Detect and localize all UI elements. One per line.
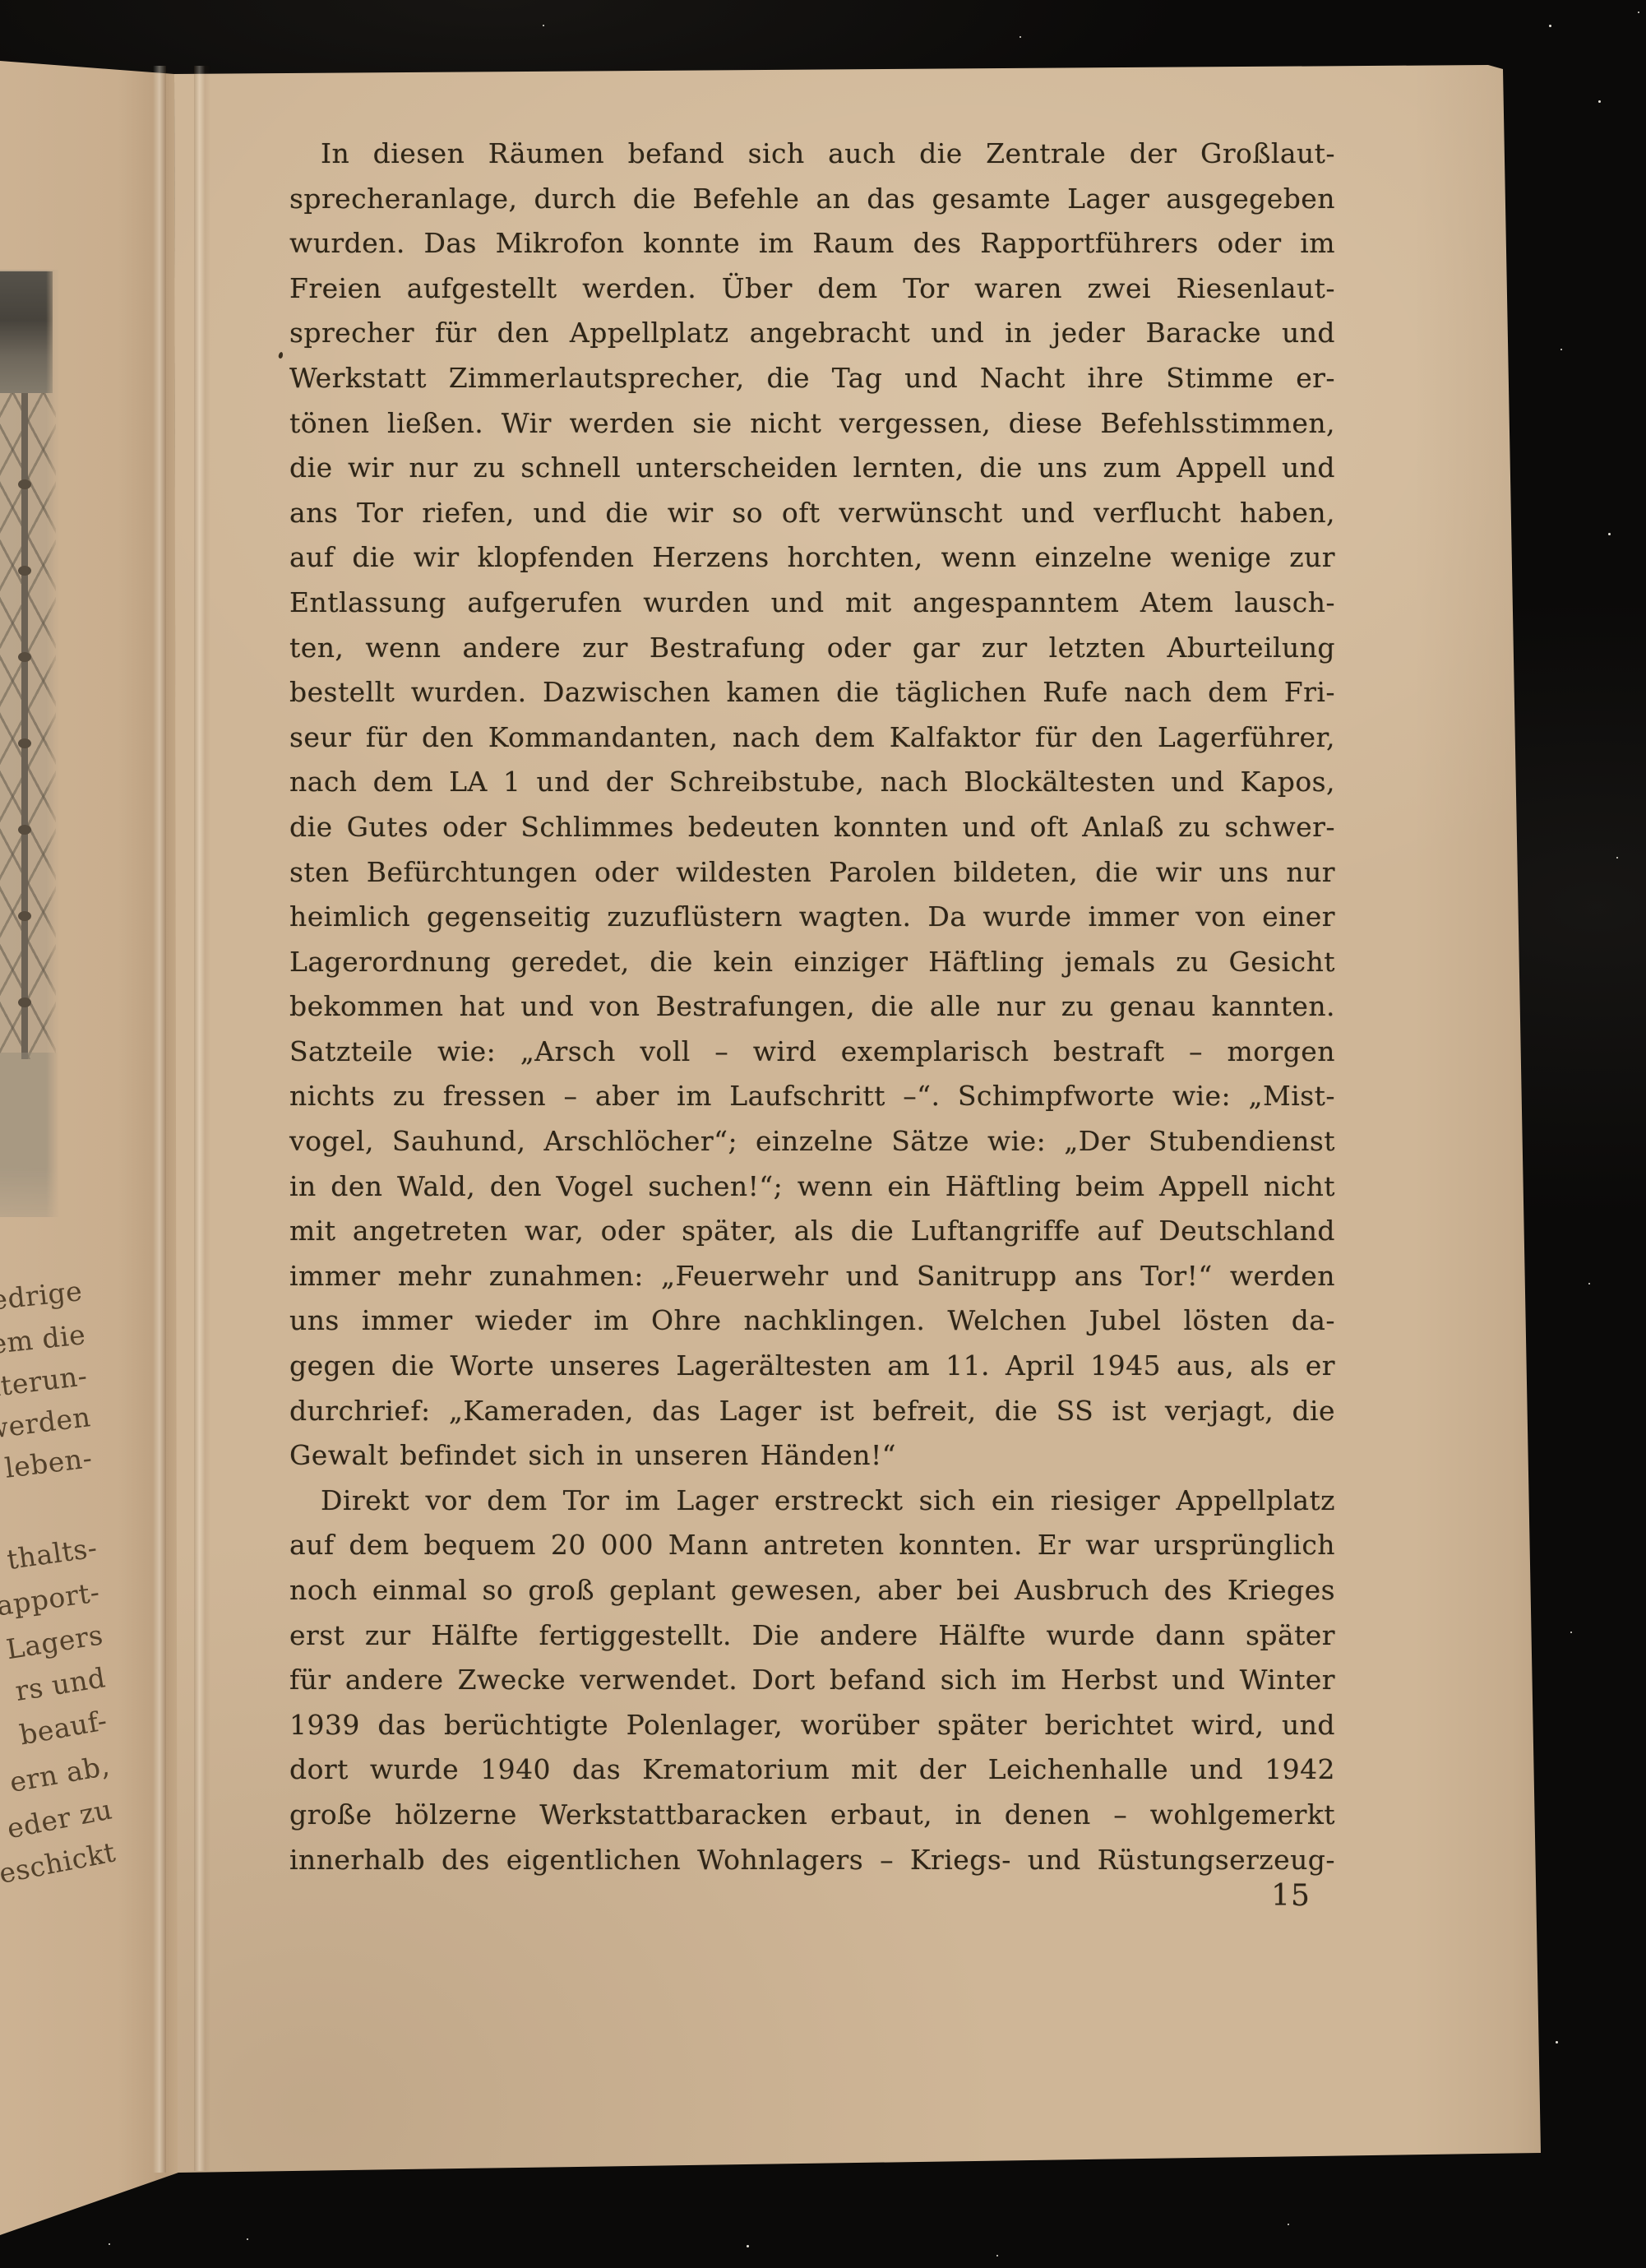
dust-speck bbox=[1616, 857, 1618, 859]
text-line: sprecher für den Appellplatz angebracht … bbox=[289, 311, 1335, 356]
text-line: ans Tor riefen, und die wir so oft verwü… bbox=[289, 491, 1335, 536]
text-line: große hölzerne Werkstattbaracken erbaut,… bbox=[289, 1793, 1335, 1838]
mast-joint-photo-part bbox=[18, 911, 31, 921]
text-line: immer mehr zunahmen: „Feuerwehr und Sani… bbox=[289, 1254, 1335, 1299]
text-line: erst zur Hälfte fertiggestellt. Die ande… bbox=[289, 1613, 1335, 1659]
text-line: auf dem bequem 20 000 Mann antreten konn… bbox=[289, 1523, 1335, 1568]
left-page-line-fragment: lterun- bbox=[0, 1359, 89, 1406]
text-line: seur für den Kommandanten, nach dem Kalf… bbox=[289, 715, 1335, 761]
dust-speck bbox=[1556, 2041, 1558, 2044]
text-line: die wir nur zu schnell unterscheiden ler… bbox=[289, 446, 1335, 491]
text-line: durchrief: „Kameraden, das Lager ist bef… bbox=[289, 1389, 1335, 1434]
text-line: noch einmal so groß geplant gewesen, abe… bbox=[289, 1568, 1335, 1613]
text-line: ten, wenn andere zur Bestrafung oder gar… bbox=[289, 626, 1335, 671]
text-line: Direkt vor dem Tor im Lager erstreckt si… bbox=[289, 1479, 1335, 1524]
dust-speck bbox=[109, 2243, 110, 2245]
mast-joint-photo-part bbox=[18, 997, 31, 1007]
dust-speck bbox=[247, 2238, 248, 2240]
dust-speck bbox=[1549, 25, 1551, 27]
text-line: in den Wald, den Vogel suchen!“; wenn ei… bbox=[289, 1164, 1335, 1210]
text-line: Gewalt befindet sich in unseren Händen!“ bbox=[289, 1433, 1335, 1479]
mast-joint-photo-part bbox=[18, 479, 31, 489]
text-line: tönen ließen. Wir werden sie nicht verge… bbox=[289, 401, 1335, 447]
text-line: bestellt wurden. Dazwischen kamen die tä… bbox=[289, 670, 1335, 715]
text-line: vogel, Sauhund, Arschlöcher“; einzelne S… bbox=[289, 1119, 1335, 1164]
text-line: 1939 das berüchtigte Polenlager, worüber… bbox=[289, 1703, 1335, 1748]
mast-joint-photo-part bbox=[18, 652, 31, 662]
text-line: wurden. Das Mikrofon konnte im Raum des … bbox=[289, 221, 1335, 266]
dust-speck bbox=[543, 25, 544, 26]
dust-speck bbox=[1288, 2224, 1289, 2225]
dust-speck bbox=[1570, 1632, 1572, 1633]
text-line: gegen die Worte unseres Lagerältesten am… bbox=[289, 1344, 1335, 1389]
text-line: Werkstatt Zimmerlautsprecher, die Tag un… bbox=[289, 356, 1335, 401]
lattice-mast-photo-part bbox=[0, 393, 56, 1059]
text-line: In diesen Räumen befand sich auch die Ze… bbox=[289, 132, 1335, 177]
dust-speck bbox=[747, 2245, 749, 2247]
dust-speck bbox=[1020, 36, 1021, 38]
body-text: In diesen Räumen befand sich auch die Ze… bbox=[289, 132, 1335, 1882]
text-line: Freien aufgestellt werden. Über dem Tor … bbox=[289, 266, 1335, 312]
text-line: auf die wir klopfenden Herzens horchten,… bbox=[289, 535, 1335, 581]
left-page-line-fragment: werden bbox=[0, 1400, 92, 1447]
dust-speck bbox=[1598, 100, 1601, 103]
left-page-line-fragment: iedrige bbox=[0, 1275, 84, 1319]
text-line: mit angetreten war, oder später, als die… bbox=[289, 1209, 1335, 1254]
gutter-fold-ridge bbox=[194, 66, 210, 2171]
gutter-fold-ridge bbox=[153, 66, 166, 2173]
text-line: heimlich gegenseitig zuzuflüstern wagten… bbox=[289, 895, 1335, 940]
photo-ground-part bbox=[0, 1053, 58, 1217]
text-line: sprecheranlage, durch die Befehle an das… bbox=[289, 177, 1335, 222]
dust-speck bbox=[996, 2255, 998, 2256]
text-line: bekommen hat und von Bestrafungen, die a… bbox=[289, 984, 1335, 1030]
mast-joint-photo-part bbox=[18, 566, 31, 576]
text-line: Entlassung aufgerufen wurden und mit ang… bbox=[289, 581, 1335, 626]
dust-speck bbox=[1560, 349, 1562, 350]
text-line: dort wurde 1940 das Krematorium mit der … bbox=[289, 1747, 1335, 1793]
left-page-line-fragment: eschickt bbox=[0, 1835, 118, 1891]
left-page-line-fragment: apport- bbox=[0, 1576, 102, 1624]
left-page-line-fragment: leben- bbox=[0, 1442, 94, 1488]
text-line: nach dem LA 1 und der Schreibstube, nach… bbox=[289, 760, 1335, 805]
left-page-line-fragment: Lagers bbox=[0, 1618, 105, 1669]
loudspeaker-box-photo-part bbox=[0, 271, 53, 393]
text-line: uns immer wieder im Ohre nachklingen. We… bbox=[289, 1298, 1335, 1344]
mast-pole-photo-part bbox=[21, 393, 28, 1059]
dust-speck bbox=[1638, 12, 1639, 13]
mast-joint-photo-part bbox=[18, 825, 31, 835]
mast-joint-photo-part bbox=[18, 738, 31, 748]
dust-speck bbox=[1588, 1283, 1590, 1284]
text-line: die Gutes oder Schlimmes bedeuten konnte… bbox=[289, 805, 1335, 850]
left-page-line-fragment: ern ab, bbox=[0, 1749, 112, 1802]
left-page-line-fragment: beauf- bbox=[0, 1704, 109, 1757]
page-number: 15 bbox=[1233, 1879, 1348, 1913]
left-page-line-fragment: thalts- bbox=[0, 1531, 99, 1580]
loudspeaker-tower-photo-fragment bbox=[0, 270, 59, 1217]
left-page-line-fragment: rs und bbox=[0, 1661, 108, 1712]
left-page-line-fragment: em die bbox=[0, 1318, 87, 1363]
text-line: Lagerordnung geredet, die kein einziger … bbox=[289, 940, 1335, 985]
text-line: sten Befürchtungen oder wildesten Parole… bbox=[289, 850, 1335, 896]
text-line: innerhalb des eigentlichen Wohnlagers – … bbox=[289, 1838, 1335, 1883]
text-line: nichts zu fressen – aber im Laufschritt … bbox=[289, 1074, 1335, 1119]
text-line: für andere Zwecke verwendet. Dort befand… bbox=[289, 1658, 1335, 1703]
dust-speck bbox=[1608, 533, 1611, 535]
text-line: Satzteile wie: „Arsch voll – wird exempl… bbox=[289, 1030, 1335, 1075]
